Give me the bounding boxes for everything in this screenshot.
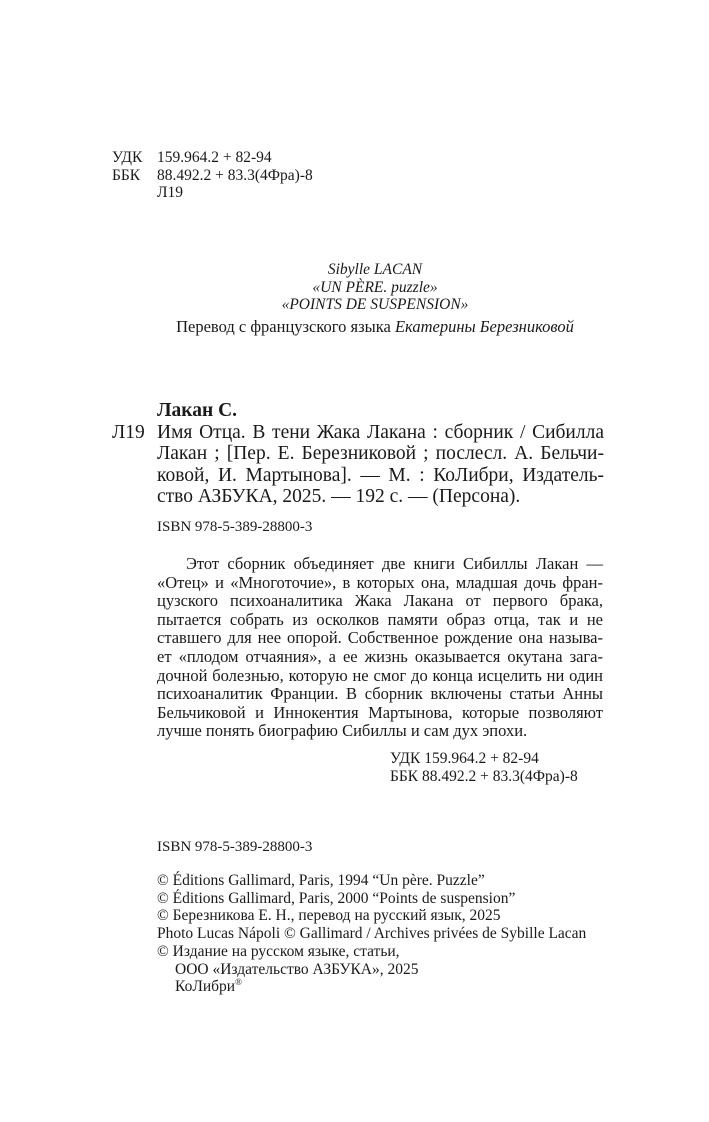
bbk-repeat: ББК 88.492.2 + 83.3(4Фра)-8 [390, 768, 578, 786]
copyright-line: © Éditions Gallimard, Paris, 1994 “Un pè… [157, 872, 586, 890]
annotation-line: ставшего для нее опорой. Собственное рож… [157, 629, 603, 648]
biblio-line: Лакан ; [Пер. Е. Березниковой ; послесл.… [157, 443, 604, 465]
translation-prefix: Перевод с французского языка [176, 317, 395, 336]
annotation-line: Этот сборник объединяет две книги Сибилл… [157, 555, 603, 574]
original-edition-block: Sibylle LACAN «UN PÈRE. puzzle» «POINTS … [150, 261, 600, 337]
imprint-name: КоЛибри [175, 978, 235, 995]
copyright-block: © Éditions Gallimard, Paris, 1994 “Un pè… [157, 872, 586, 996]
annotation: Этот сборник объединяет две книги Сибилл… [157, 555, 603, 741]
biblio-line: Имя Отца. В тени Жака Лакана : сборник /… [157, 422, 604, 444]
classification-repeat: УДК 159.964.2 + 82-94 ББК 88.492.2 + 83.… [390, 750, 578, 785]
bbk-row: ББК 88.492.2 + 83.3(4Фра)-8 [112, 167, 313, 185]
copyright-line: © Éditions Gallimard, Paris, 2000 “Point… [157, 890, 586, 908]
classification-block: УДК 159.964.2 + 82-94 ББК 88.492.2 + 83.… [112, 149, 313, 202]
photo-credit-line: Photo Lucas Nápoli © Gallimard / Archive… [157, 925, 586, 943]
copyright-page: УДК 159.964.2 + 82-94 ББК 88.492.2 + 83.… [0, 0, 709, 1122]
isbn-bottom: ISBN 978-5-389-28800-3 [157, 838, 312, 856]
annotation-line: цузского психоаналитика Жака Лакана от п… [157, 592, 603, 611]
annotation-line: лучше понять биографию Сибиллы и сам дух… [157, 722, 603, 741]
biblio-line: ковой, И. Мартынова]. — М. : КоЛибри, Из… [157, 465, 604, 487]
bbk-label: ББК [112, 167, 157, 185]
registered-mark-icon: ® [235, 977, 242, 987]
biblio-author-heading: Лакан С. [157, 400, 604, 422]
publisher-line: ООО «Издательство АЗБУКА», 2025 [157, 961, 586, 979]
annotation-line: ет «плодом отчаяния», а ее жизнь оказыва… [157, 648, 603, 667]
annotation-line: дочной болезнью, которую не смог до конц… [157, 667, 603, 686]
annotation-line: пытается собрать из осколков памяти обра… [157, 611, 603, 630]
original-author: Sibylle LACAN [150, 261, 600, 279]
imprint-line: КоЛибри® [157, 978, 586, 996]
annotation-line: Бельчиковой и Иннокентия Мартынова, кото… [157, 704, 603, 723]
udk-label: УДК [112, 149, 157, 167]
translation-credit: Перевод с французского языка Екатерины Б… [150, 317, 600, 337]
udk-repeat: УДК 159.964.2 + 82-94 [390, 750, 578, 768]
isbn-top: ISBN 978-5-389-28800-3 [157, 518, 312, 536]
biblio-code: Л19 [112, 422, 145, 444]
annotation-line: «Отец» и «Многоточие», в которых она, мл… [157, 574, 603, 593]
annotation-line: психоаналитик Франции. В сборник включен… [157, 685, 603, 704]
author-mark-row: Л19 [112, 184, 313, 202]
original-title-2: «POINTS DE SUSPENSION» [150, 296, 600, 314]
copyright-line: © Издание на русском языке, статьи, [157, 943, 586, 961]
original-title-1: «UN PÈRE. puzzle» [150, 279, 600, 297]
translator-name: Екатерины Березниковой [395, 317, 574, 336]
author-mark: Л19 [157, 184, 183, 202]
udk-value: 159.964.2 + 82-94 [157, 149, 272, 167]
biblio-line: ство АЗБУКА, 2025. — 192 с. — (Персона). [157, 486, 604, 508]
bbk-value: 88.492.2 + 83.3(4Фра)-8 [157, 167, 313, 185]
bibliographic-record: Лакан С. Л19 Имя Отца. В тени Жака Лакан… [157, 400, 604, 508]
copyright-line: © Березникова Е. Н., перевод на русский … [157, 907, 586, 925]
udk-row: УДК 159.964.2 + 82-94 [112, 149, 313, 167]
